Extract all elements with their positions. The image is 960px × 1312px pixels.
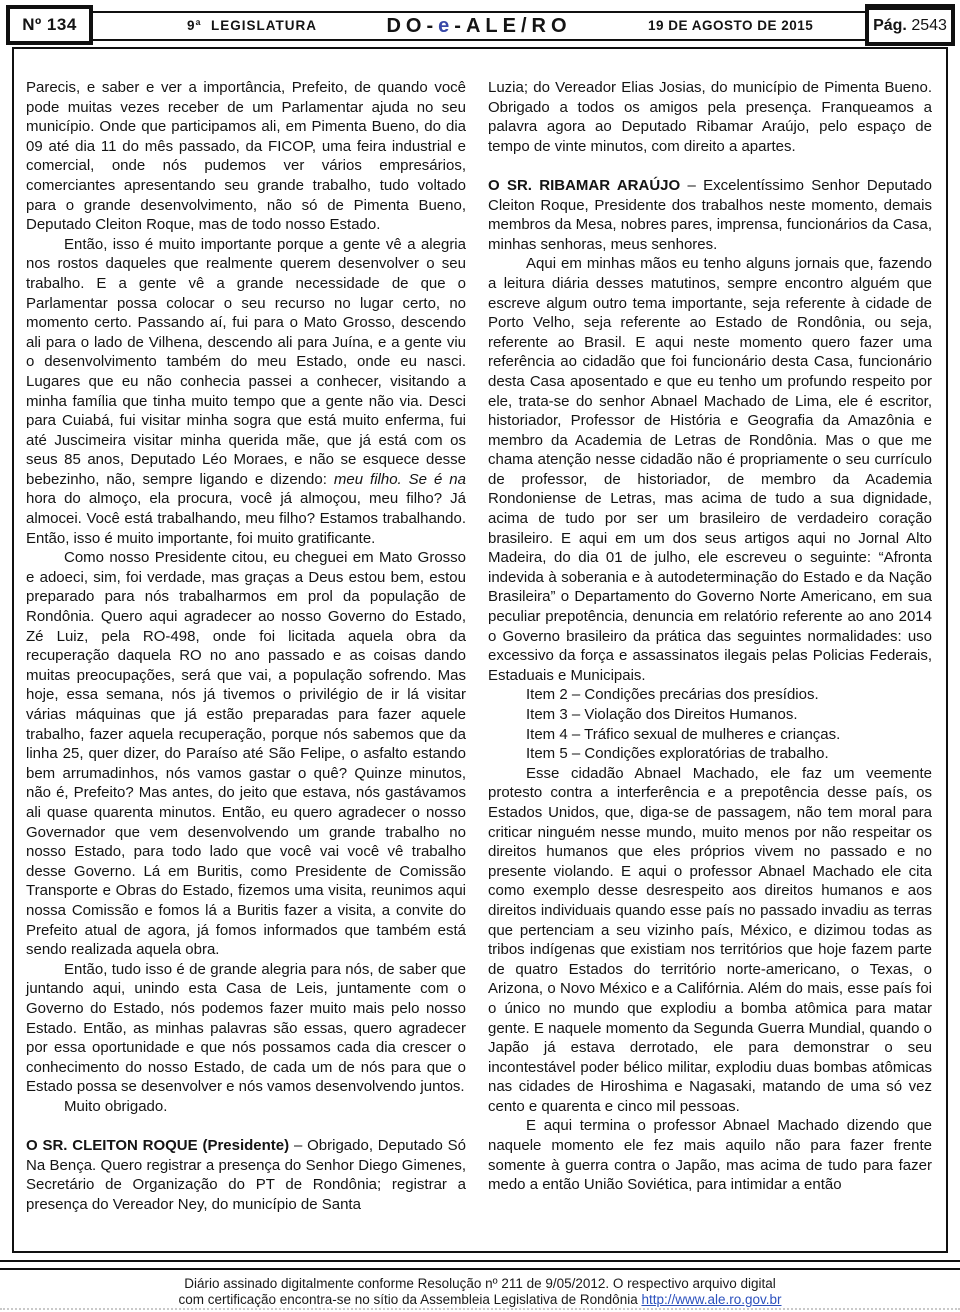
footer-line1: Diário assinado digitalmente conforme Re… — [0, 1276, 960, 1292]
footer-line2: com certificação encontra-se no sítio da… — [0, 1292, 960, 1308]
column-right: Luzia; do Vereador Elias Josias, do muni… — [488, 78, 932, 1195]
legislature-label: 9ª LEGISLATURA — [187, 13, 317, 39]
footer-divider — [0, 1260, 960, 1270]
footer-line2-text: com certificação encontra-se no sítio da… — [178, 1292, 641, 1307]
paragraph-text: Então, isso é muito importante porque a … — [26, 236, 466, 488]
masthead-part2: -ALE/RO — [454, 15, 571, 37]
paragraph: O SR. RIBAMAR ARAÚJO – Excelentíssimo Se… — [488, 176, 932, 254]
paragraph: Como nosso Presidente citou, eu cheguei … — [26, 548, 466, 959]
page-number-box: Pág. 2543 — [865, 4, 955, 46]
paragraph-text: Item 5 – Condições exploratórias de trab… — [526, 745, 829, 762]
paragraph-text: Então, tudo isso é de grande alegria par… — [26, 961, 466, 1096]
page-label: Pág. — [873, 17, 911, 35]
paragraph-text: Esse cidadão Abnael Machado, ele faz um … — [488, 765, 932, 1115]
paragraph: Muito obrigado. — [26, 1097, 466, 1117]
paragraph-text: meu filho. Se é na — [334, 471, 466, 488]
paragraph-text: Item 4 – Tráfico sexual de mulheres e cr… — [526, 726, 840, 743]
speaker-name: O SR. RIBAMAR ARAÚJO — [488, 177, 680, 194]
edition-date: 19 DE AGOSTO DE 2015 — [648, 13, 813, 39]
paragraph-text: Item 3 – Violação dos Direitos Humanos. — [526, 706, 798, 723]
paragraph-text: hora do almoço, ela procura, você já alm… — [26, 490, 466, 546]
bottom-edge-divider — [0, 1308, 960, 1310]
paragraph-text: Parecis, e saber e ver a importância, Pr… — [26, 79, 466, 233]
column-left: Parecis, e saber e ver a importância, Pr… — [26, 78, 466, 1214]
paragraph-text: Muito obrigado. — [64, 1098, 167, 1115]
paragraph-text: Item 2 – Condições precárias dos presídi… — [526, 686, 819, 703]
masthead-part1: DO- — [386, 15, 438, 37]
paragraph: Item 4 – Tráfico sexual de mulheres e cr… — [488, 725, 932, 745]
header-band: 9ª LEGISLATURA DO-e-ALE/RO 19 DE AGOSTO … — [10, 11, 948, 41]
paragraph: O SR. CLEITON ROQUE (Presidente) – Obrig… — [26, 1136, 466, 1214]
masthead-accent-e: e — [438, 15, 454, 37]
paragraph: Item 2 – Condições precárias dos presídi… — [488, 685, 932, 705]
issue-number: Nº 134 — [22, 15, 77, 35]
paragraph: Aqui em minhas mãos eu tenho alguns jorn… — [488, 254, 932, 685]
paragraph: Parecis, e saber e ver a importância, Pr… — [26, 78, 466, 235]
paragraph: Item 3 – Violação dos Direitos Humanos. — [488, 705, 932, 725]
page-number: 2543 — [911, 17, 947, 35]
footer-link[interactable]: http://www.ale.ro.gov.br — [641, 1292, 781, 1307]
paragraph: Luzia; do Vereador Elias Josias, do muni… — [488, 78, 932, 156]
masthead-title: DO-e-ALE/RO — [386, 11, 571, 41]
paragraph: Então, tudo isso é de grande alegria par… — [26, 960, 466, 1097]
paragraph-text: Luzia; do Vereador Elias Josias, do muni… — [488, 79, 932, 155]
footer-text: Diário assinado digitalmente conforme Re… — [0, 1276, 960, 1308]
paragraph: Esse cidadão Abnael Machado, ele faz um … — [488, 764, 932, 1117]
paragraph-text: E aqui termina o professor Abnael Machad… — [488, 1117, 932, 1193]
issue-number-box: Nº 134 — [6, 5, 93, 45]
paragraph-text: Como nosso Presidente citou, eu cheguei … — [26, 549, 466, 958]
paragraph-text: Aqui em minhas mãos eu tenho alguns jorn… — [488, 255, 932, 683]
paragraph: E aqui termina o professor Abnael Machad… — [488, 1116, 932, 1194]
speaker-name: O SR. CLEITON ROQUE (Presidente) — [26, 1137, 289, 1154]
paragraph: Item 5 – Condições exploratórias de trab… — [488, 744, 932, 764]
paragraph: Então, isso é muito importante porque a … — [26, 235, 466, 549]
